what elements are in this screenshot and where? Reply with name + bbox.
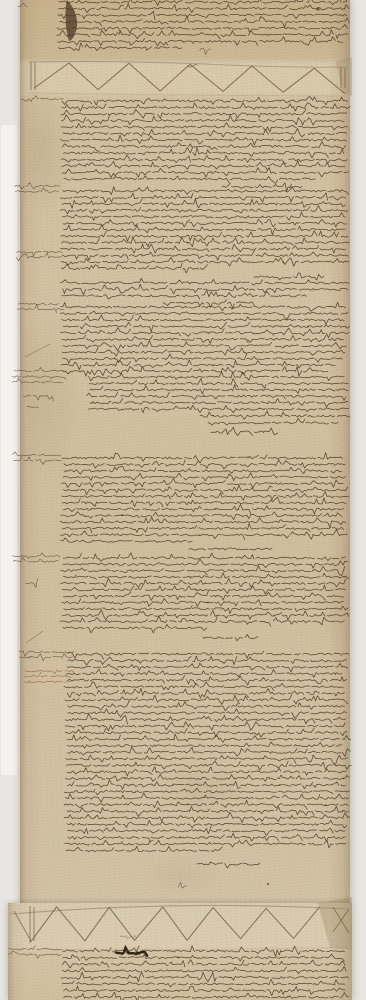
margin-note-7 <box>27 406 38 408</box>
stitching-join-2-zigzag-stitching <box>31 907 320 942</box>
entry-9-handwriting <box>61 946 349 1000</box>
entry-7-handwriting <box>60 553 349 641</box>
stitching-join-1-zigzag-stitching <box>34 63 345 94</box>
entry-4-handwriting <box>60 302 349 376</box>
glyph-mark <box>200 49 211 55</box>
ink-speck <box>267 883 269 885</box>
margin-note-3 <box>16 251 62 261</box>
entry-8-handwriting <box>64 651 351 868</box>
margin-note-2 <box>15 183 60 193</box>
glyph-mark <box>18 3 28 7</box>
margin-note-13 <box>8 946 61 959</box>
glyph-mark <box>120 935 136 938</box>
ink-speck <box>316 7 319 10</box>
entry-6-handwriting <box>60 453 349 550</box>
entry-5-handwriting <box>87 372 350 436</box>
stitching-join-1-edge-2 <box>28 93 346 96</box>
stitching-join-2-edge-1 <box>10 905 348 914</box>
stitching-join-2-tick-mark <box>14 911 31 941</box>
entry-1-handwriting <box>61 97 351 192</box>
margin-note-8 <box>13 452 62 465</box>
margin-note-11 <box>19 651 74 661</box>
stitching-join-2-edge-2 <box>10 947 350 950</box>
stitching-join-1-flap <box>336 57 352 96</box>
stitching-join-2-flap <box>318 897 352 950</box>
entry-top-handwriting <box>57 0 350 51</box>
margin-slash-mark <box>25 344 50 357</box>
margin-note-12 <box>24 670 75 683</box>
entry-3-handwriting <box>60 278 349 308</box>
margin-note-9 <box>13 553 60 562</box>
margin-note-6 <box>23 395 54 401</box>
parchment-tear <box>66 0 78 41</box>
margin-note-10 <box>26 578 38 587</box>
margin-note-4 <box>17 303 64 312</box>
glyph-mark <box>178 882 187 888</box>
entry-2-handwriting <box>60 187 349 281</box>
stitching-join-1-edge-1 <box>29 62 348 68</box>
manuscript-photo <box>0 0 366 1000</box>
handwriting-ink-layer <box>0 0 366 1000</box>
margin-note-5 <box>12 368 66 384</box>
emphasized-word <box>116 948 147 956</box>
margin-note-1 <box>21 96 63 102</box>
margin-slash-mark <box>26 631 43 643</box>
